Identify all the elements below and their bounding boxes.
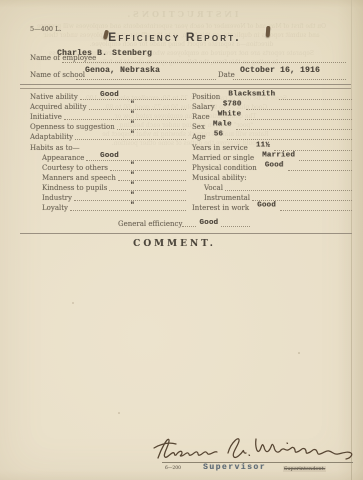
dotted-leader xyxy=(233,79,346,80)
general-efficiency-label: General efficiency xyxy=(118,220,182,228)
dotted-leader xyxy=(80,92,186,100)
dotted-leader xyxy=(70,203,186,211)
form-field-row: Native abilityGood xyxy=(30,91,186,101)
speck xyxy=(72,302,74,304)
dotted-leader xyxy=(246,102,353,110)
dotted-leader xyxy=(299,153,352,161)
field-label: Musical ability: xyxy=(192,174,249,182)
general-efficiency-row: General efficiency Good xyxy=(118,217,250,228)
field-label: Position xyxy=(192,93,222,101)
form-field-row: Interest in workGood xyxy=(192,202,352,212)
field-label: Openness to suggestion xyxy=(30,123,117,131)
typed-value: " xyxy=(130,202,135,210)
typed-value: " xyxy=(130,162,135,170)
typed-value: Blacksmith xyxy=(228,91,275,99)
form-field-row: Physical conditionGood xyxy=(192,162,352,172)
field-label: Salary xyxy=(192,103,217,111)
handwritten-signature xyxy=(148,427,355,464)
form-field-row: Married or singleMarried xyxy=(192,152,352,162)
field-label: Sex xyxy=(192,123,207,131)
form-field-row: Adaptability" xyxy=(30,131,186,141)
field-label: Industry xyxy=(30,194,74,202)
typed-value: White xyxy=(218,111,242,119)
form-field-row: Instrumental xyxy=(192,192,352,202)
signature-form-number: 6—200 xyxy=(165,466,181,471)
form-field-row: AppearanceGood xyxy=(30,152,186,162)
form-title: Efficiency Report. xyxy=(0,30,349,44)
dotted-leader xyxy=(62,62,346,63)
rating-columns: Native abilityGoodAcquired ability"Initi… xyxy=(30,91,352,212)
typed-value: 56 xyxy=(214,131,223,139)
typed-value: Married xyxy=(262,151,295,159)
field-label: Interest in work xyxy=(192,204,251,212)
field-label: Adaptability xyxy=(30,133,75,141)
field-label: Acquired ability xyxy=(30,103,89,111)
typed-value: Male xyxy=(213,121,232,129)
typed-value: " xyxy=(130,121,135,129)
field-label: Race xyxy=(192,113,212,121)
dotted-leader xyxy=(245,112,352,120)
typed-value: " xyxy=(130,192,135,200)
field-label: Instrumental xyxy=(192,194,252,202)
dotted-leader xyxy=(274,143,352,151)
typed-value: Good xyxy=(257,202,276,210)
dotted-leader xyxy=(109,183,186,191)
form-field-row: Musical ability: xyxy=(192,172,352,182)
form-field-row: Manners and speech" xyxy=(30,172,186,182)
form-field-row: PositionBlacksmith xyxy=(192,91,352,101)
form-field-row: Age56 xyxy=(192,131,352,141)
dotted-leader xyxy=(110,163,186,171)
dotted-leader xyxy=(118,173,186,181)
scanned-efficiency-report-page: INSTRUCTIONS.On the first of May and of … xyxy=(0,0,363,480)
typed-value: $780 xyxy=(223,101,242,109)
rating-column-left: Native abilityGoodAcquired ability"Initi… xyxy=(30,91,186,212)
dotted-leader xyxy=(89,102,186,110)
form-field-row: Courtesy to others" xyxy=(30,162,186,172)
bleedthrough-line: INSTRUCTIONS. xyxy=(18,9,345,19)
field-label: Appearance xyxy=(30,154,86,162)
form-field-row: Salary$780 xyxy=(192,101,352,111)
dotted-leader xyxy=(182,219,196,227)
field-label: Married or single xyxy=(192,154,256,162)
form-field-row: Habits as to— xyxy=(30,141,186,151)
employee-name-row: Name of employee Charles B. Stenberg xyxy=(30,51,346,63)
dotted-leader xyxy=(288,163,352,171)
superintendent-struck-label: Superintendent. xyxy=(283,466,326,472)
form-field-row: Kindness to pupils" xyxy=(30,182,186,192)
typed-value: 11½ xyxy=(256,141,270,149)
dotted-leader xyxy=(279,92,352,100)
dotted-leader xyxy=(227,132,352,140)
typed-value: " xyxy=(130,172,135,180)
field-label: Habits as to— xyxy=(30,144,82,152)
field-label: Physical condition xyxy=(192,164,259,172)
dotted-leader xyxy=(64,112,186,120)
employee-name-value: Charles B. Stenberg xyxy=(57,49,152,58)
typed-value: Good xyxy=(100,152,119,160)
supervisor-typed-label: Supervisor xyxy=(203,463,266,472)
form-field-row: Openness to suggestion" xyxy=(30,121,186,131)
field-label: Loyalty xyxy=(30,204,70,212)
general-efficiency-value: Good xyxy=(199,219,218,227)
form-field-row: RaceWhite xyxy=(192,111,352,121)
typed-value: " xyxy=(130,182,135,190)
typed-value: " xyxy=(130,111,135,119)
form-field-row: Years in service11½ xyxy=(192,141,352,151)
speck xyxy=(118,412,120,414)
dotted-leader xyxy=(76,79,216,80)
dotted-leader xyxy=(280,203,352,211)
dotted-leader xyxy=(221,219,250,227)
form-field-row: SexMale xyxy=(192,121,352,131)
comment-section-rule xyxy=(20,233,352,234)
page-edge-crease xyxy=(351,0,352,480)
dotted-leader xyxy=(236,122,352,130)
form-field-row: Vocal xyxy=(192,182,352,192)
comment-heading: COMMENT. xyxy=(0,239,349,249)
field-label: Vocal xyxy=(192,184,225,192)
school-value: Genoa, Nebraska xyxy=(85,66,160,75)
typed-value: Good xyxy=(100,91,119,99)
date-value: October 16, 1916 xyxy=(240,66,320,75)
field-label: Manners and speech xyxy=(30,174,118,182)
typed-value: " xyxy=(130,131,135,139)
field-label: Age xyxy=(192,133,208,141)
field-label: Courtesy to others xyxy=(30,164,110,172)
dotted-leader xyxy=(252,193,352,201)
field-label: Years in service xyxy=(192,144,250,152)
dotted-leader xyxy=(225,183,352,191)
form-field-row: Industry" xyxy=(30,192,186,202)
rating-column-right: PositionBlacksmithSalary$780RaceWhiteSex… xyxy=(192,91,352,212)
school-label: Name of school xyxy=(30,71,85,79)
form-field-row: Loyalty" xyxy=(30,202,186,212)
typed-value: " xyxy=(130,101,135,109)
dotted-leader xyxy=(117,122,186,130)
date-label: Date xyxy=(218,71,235,79)
field-label: Kindness to pupils xyxy=(30,184,109,192)
double-rule xyxy=(20,84,351,89)
school-date-row: Name of school Genoa, Nebraska Date Octo… xyxy=(30,68,346,80)
typed-value: Good xyxy=(265,161,284,169)
field-label: Native ability xyxy=(30,93,80,101)
form-field-row: Acquired ability" xyxy=(30,101,186,111)
speck xyxy=(298,352,300,354)
form-field-row: Initiative" xyxy=(30,111,186,121)
field-label: Initiative xyxy=(30,113,64,121)
